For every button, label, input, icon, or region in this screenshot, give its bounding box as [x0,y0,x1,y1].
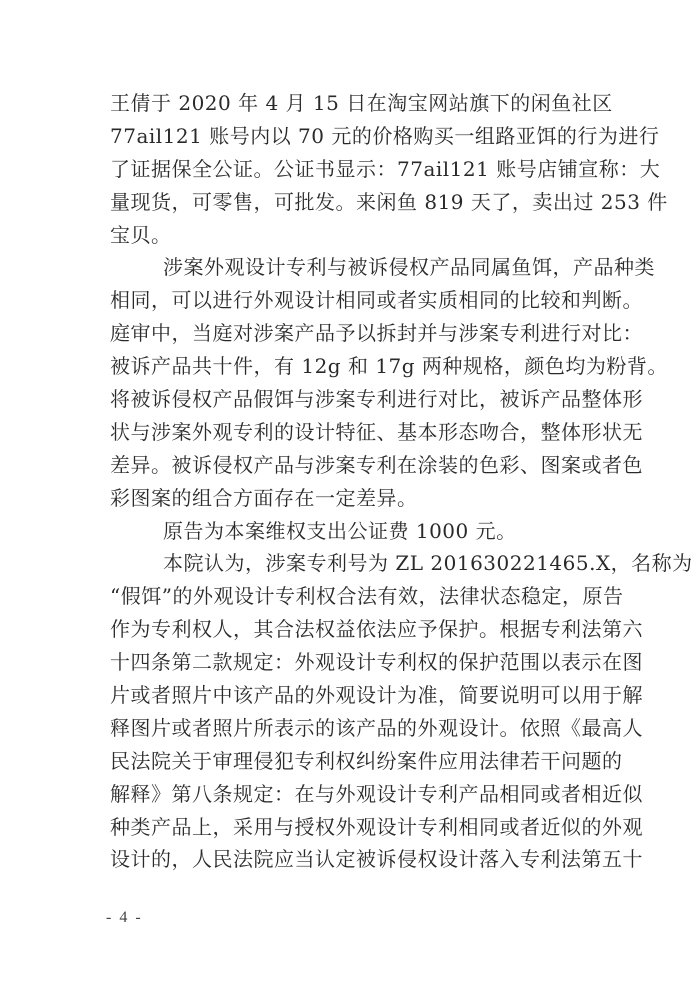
text-line: 彩图案的组合方面存在一定差异。 [110,482,592,515]
text-line: “假饵”的外观设计专利权合法有效，法律状态稳定，原告 [110,580,592,613]
text-line: 宝贝。 [110,219,592,252]
text-line: 民法院关于审理侵犯专利权纠纷案件应用法律若干问题的 [110,745,592,778]
text-line: 差异。被诉侵权产品与涉案专利在涂装的色彩、图案或者色 [110,449,592,482]
text-line: 释图片或者照片所表示的该产品的外观设计。依照《最高人 [110,712,592,745]
page-number: - 4 - [106,906,143,930]
text-line: 相同，可以进行外观设计相同或者实质相同的比较和判断。 [110,284,592,317]
text-line: 作为专利权人，其合法权益依法应予保护。根据专利法第六 [110,613,592,646]
text-line: 了证据保全公证。公证书显示：77ail121 账号店铺宣称：大 [110,153,592,186]
text-line: 本院认为，涉案专利号为 ZL 201630221465.X，名称为 [110,547,592,580]
text-line: 涉案外观设计专利与被诉侵权产品同属鱼饵，产品种类 [110,251,592,284]
document-page: 王倩于 2020 年 4 月 15 日在淘宝网站旗下的闲鱼社区 77ail121… [0,0,700,990]
text-line: 状与涉案外观专利的设计特征、基本形态吻合，整体形状无 [110,416,592,449]
text-line: 种类产品上，采用与授权外观设计专利相同或者近似的外观 [110,811,592,844]
text-line: 庭审中，当庭对涉案产品予以拆封并与涉案专利进行对比： [110,317,592,350]
document-body: 王倩于 2020 年 4 月 15 日在淘宝网站旗下的闲鱼社区 77ail121… [110,87,592,876]
text-line: 被诉产品共十件，有 12g 和 17g 两种规格，颜色均为粉背。 [110,350,592,383]
text-line: 十四条第二款规定：外观设计专利权的保护范围以表示在图 [110,646,592,679]
text-line: 王倩于 2020 年 4 月 15 日在淘宝网站旗下的闲鱼社区 [110,87,592,120]
text-line: 量现货，可零售，可批发。来闲鱼 819 天了，卖出过 253 件 [110,186,592,219]
text-line: 原告为本案维权支出公证费 1000 元。 [110,515,592,548]
text-line: 设计的，人民法院应当认定被诉侵权设计落入专利法第五十 [110,843,592,876]
text-line: 77ail121 账号内以 70 元的价格购买一组路亚饵的行为进行 [110,120,592,153]
text-line: 解释》第八条规定：在与外观设计专利产品相同或者相近似 [110,778,592,811]
text-line: 将被诉侵权产品假饵与涉案专利进行对比，被诉产品整体形 [110,383,592,416]
text-line: 片或者照片中该产品的外观设计为准，简要说明可以用于解 [110,679,592,712]
